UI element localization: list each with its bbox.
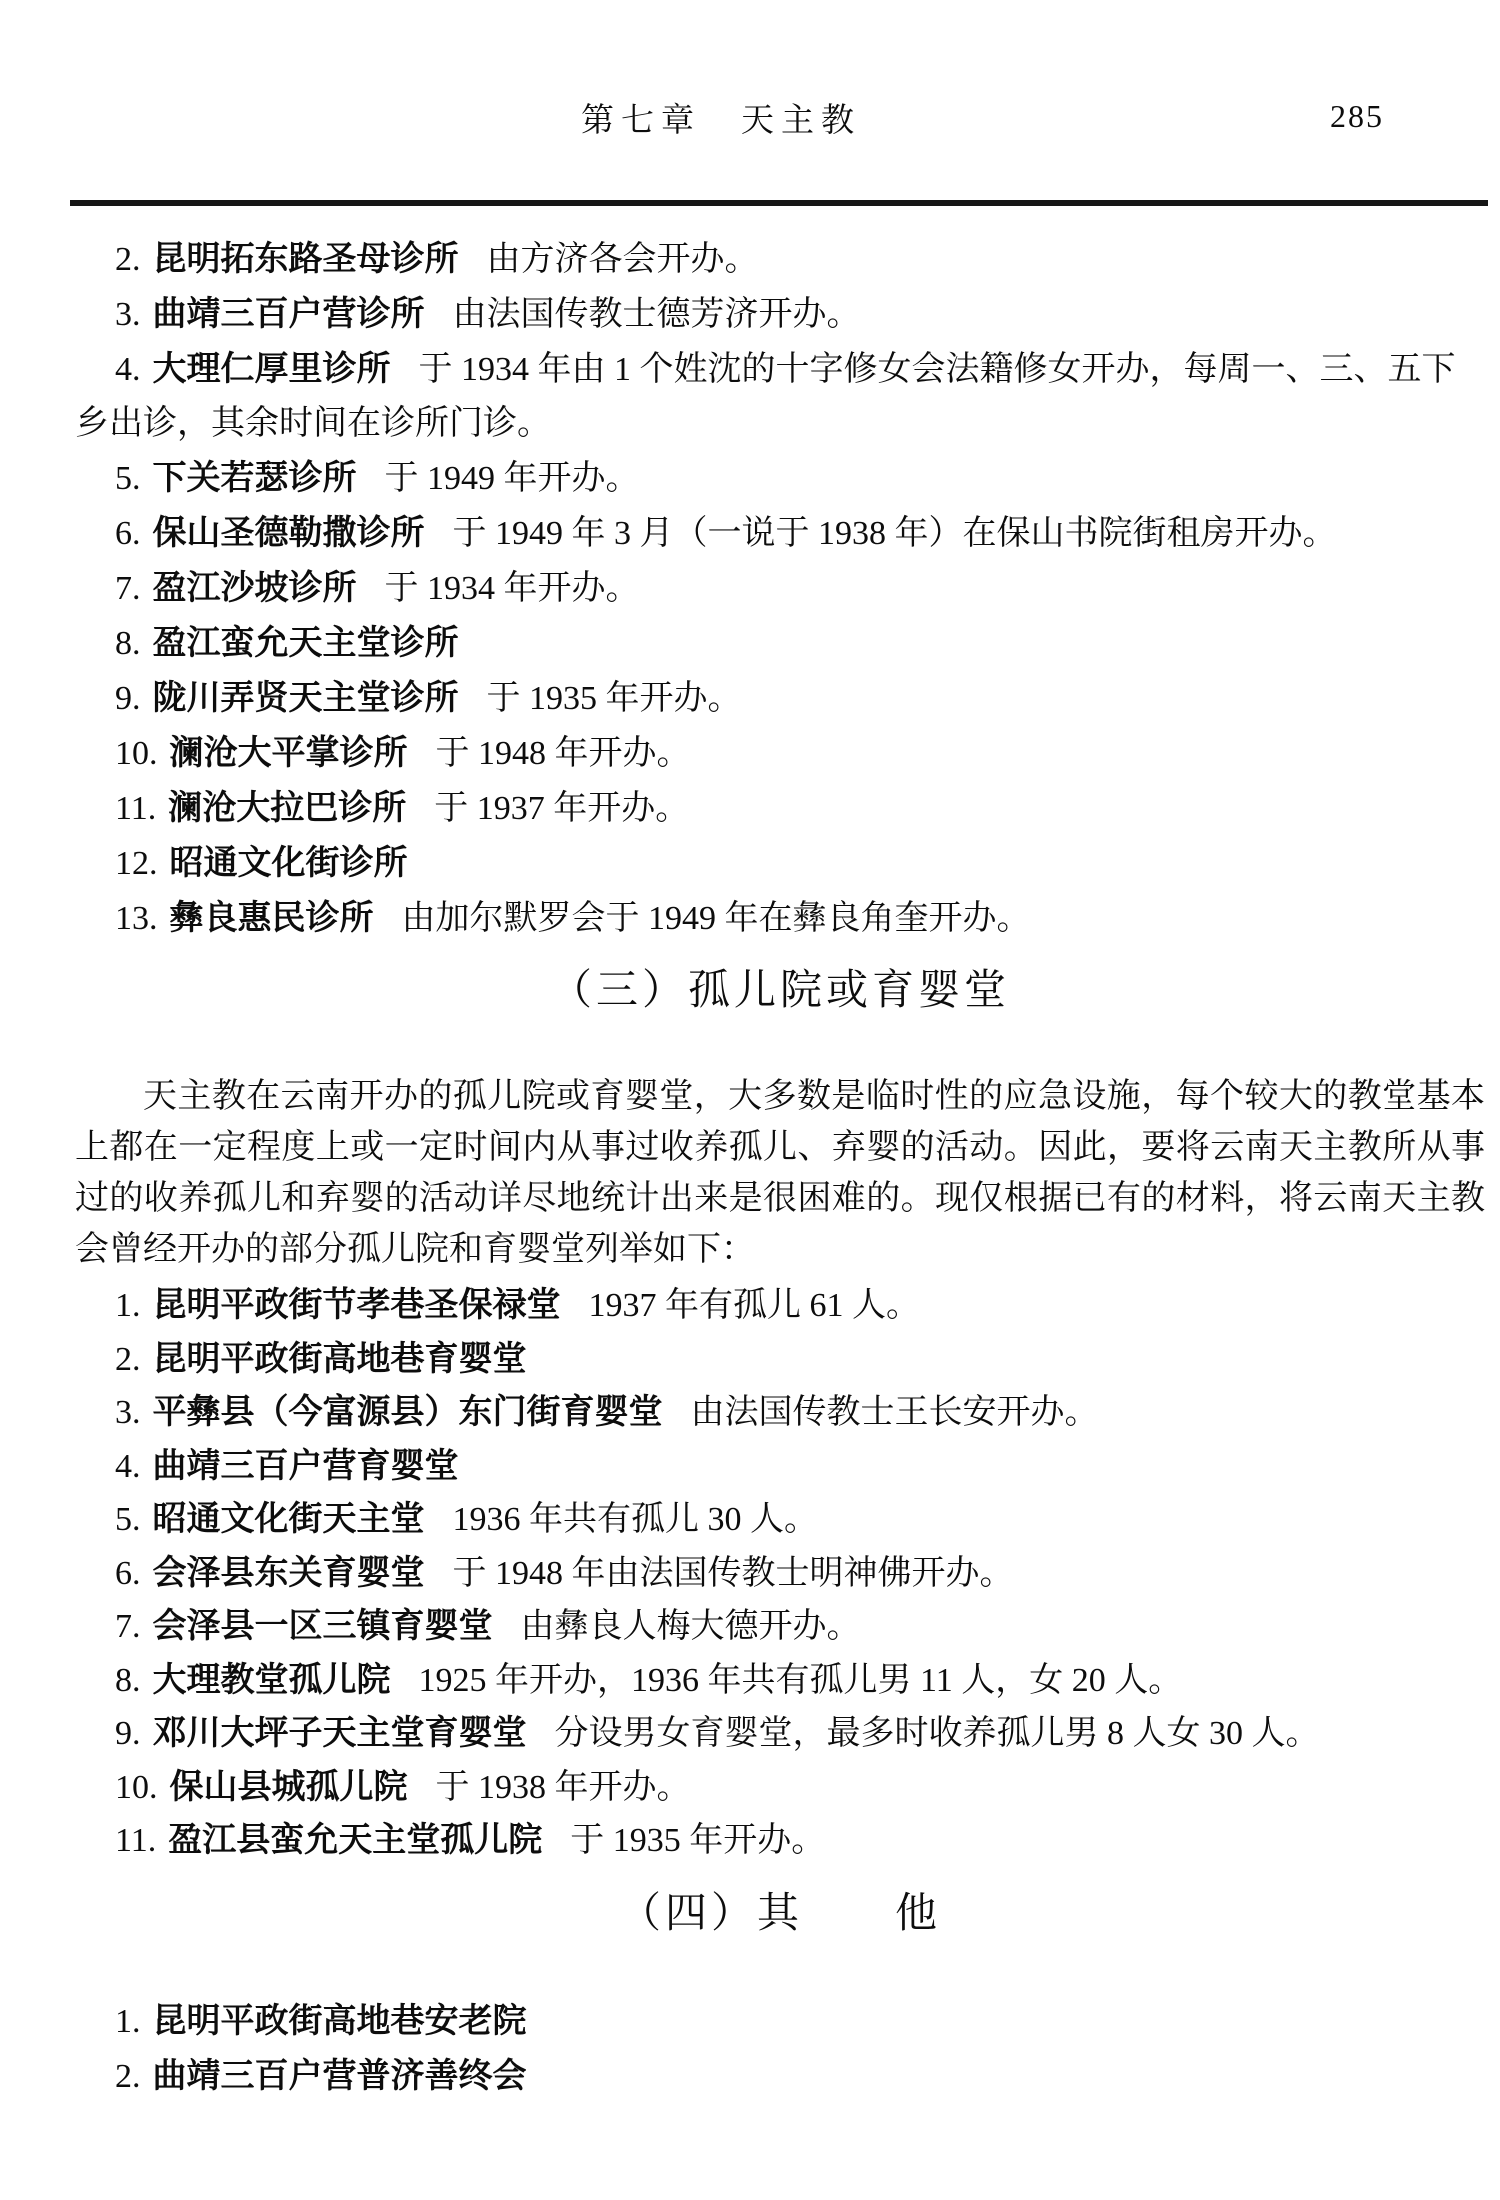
clinic-list: 2.昆明拓东路圣母诊所由方济各会开办。 3.曲靖三百户营诊所由法国传教士德芳济开…	[75, 232, 1485, 946]
item-name: 曲靖三百户营诊所	[153, 294, 425, 334]
orphanage-item: 5.昭通文化街天主堂1936 年共有孤儿 30 人。	[75, 1493, 1485, 1547]
item-number: 10.	[115, 1769, 158, 1806]
others-list: 1.昆明平政街高地巷安老院 2.曲靖三百户营普济善终会	[75, 1994, 1485, 2104]
item-name: 保山县城孤儿院	[170, 1767, 408, 1807]
item-name: 大理教堂孤儿院	[153, 1660, 391, 1700]
item-desc: 于 1934 年开办。	[385, 570, 640, 607]
item-name: 澜沧大拉巴诊所	[168, 788, 406, 828]
item-name: 昆明拓东路圣母诊所	[153, 239, 459, 279]
item-desc: 分设男女育婴堂，最多时收养孤儿男 8 人女 30 人。	[555, 1715, 1320, 1752]
book-page: 第七章 天主教 285 2.昆明拓东路圣母诊所由方济各会开办。 3.曲靖三百户营…	[0, 0, 1500, 2200]
orphanage-item: 3.平彝县（今富源县）东门街育婴堂由法国传教士王长安开办。	[75, 1386, 1485, 1440]
item-number: 11.	[115, 790, 156, 827]
item-desc: 于 1937 年开办。	[434, 790, 689, 827]
item-name: 曲靖三百户营普济善终会	[153, 2056, 527, 2096]
clinic-item: 3.曲靖三百户营诊所由法国传教士德芳济开办。	[75, 287, 1485, 342]
item-number: 8.	[115, 1662, 141, 1699]
item-name: 昆明平政街节孝巷圣保禄堂	[153, 1285, 561, 1325]
item-number: 6.	[115, 515, 141, 552]
item-name: 盈江蛮允天主堂诊所	[153, 623, 459, 663]
item-desc: 1937 年有孤儿 61 人。	[589, 1287, 921, 1324]
item-number: 3.	[115, 296, 141, 333]
clinic-item: 9.陇川弄贤天主堂诊所于 1935 年开办。	[75, 671, 1485, 726]
item-number: 8.	[115, 625, 141, 662]
item-number: 4.	[115, 351, 141, 388]
item-number: 2.	[115, 2058, 141, 2095]
clinic-item: 6.保山圣德勒撒诊所于 1949 年 3 月（一说于 1938 年）在保山书院街…	[75, 506, 1485, 561]
orphanage-item: 9.邓川大坪子天主堂育婴堂分设男女育婴堂，最多时收养孤儿男 8 人女 30 人。	[75, 1707, 1485, 1761]
item-name: 曲靖三百户营育婴堂	[153, 1446, 459, 1486]
section-heading-4: （四）其 他	[75, 1886, 1485, 1942]
chapter-title: 第七章 天主教	[12, 100, 1430, 142]
item-number: 4.	[115, 1448, 141, 1485]
item-number: 11.	[115, 1822, 156, 1859]
item-name: 盈江县蛮允天主堂孤儿院	[168, 1820, 542, 1860]
orphanage-item: 6.会泽县东关育婴堂于 1948 年由法国传教士明神佛开办。	[75, 1547, 1485, 1601]
item-number: 9.	[115, 1715, 141, 1752]
clinic-item: 12.昭通文化街诊所	[75, 836, 1485, 891]
orphanage-list: 1.昆明平政街节孝巷圣保禄堂1937 年有孤儿 61 人。 2.昆明平政街高地巷…	[75, 1279, 1485, 1868]
item-number: 2.	[115, 241, 141, 278]
item-desc: 于 1948 年开办。	[436, 735, 691, 772]
item-number: 10.	[115, 735, 158, 772]
other-item: 2.曲靖三百户营普济善终会	[75, 2049, 1485, 2104]
item-name: 澜沧大平掌诊所	[170, 733, 408, 773]
item-desc: 于 1949 年开办。	[385, 460, 640, 497]
item-desc: 由彝良人梅大德开办。	[521, 1608, 861, 1645]
item-desc: 由加尔默罗会于 1949 年在彝良角奎开办。	[402, 900, 1031, 937]
item-name: 会泽县一区三镇育婴堂	[153, 1606, 493, 1646]
item-desc: 于 1935 年开办。	[570, 1822, 825, 1859]
orphanage-item: 7.会泽县一区三镇育婴堂由彝良人梅大德开办。	[75, 1600, 1485, 1654]
item-desc: 1925 年开办，1936 年共有孤儿男 11 人，女 20 人。	[419, 1662, 1183, 1699]
item-desc: 于 1938 年开办。	[436, 1769, 691, 1806]
item-number: 7.	[115, 570, 141, 607]
clinic-item: 7.盈江沙坡诊所于 1934 年开办。	[75, 561, 1485, 616]
clinic-item: 2.昆明拓东路圣母诊所由方济各会开办。	[75, 232, 1485, 287]
item-number: 9.	[115, 680, 141, 717]
item-name: 昭通文化街天主堂	[153, 1499, 425, 1539]
clinic-item: 13.彝良惠民诊所由加尔默罗会于 1949 年在彝良角奎开办。	[75, 891, 1485, 946]
clinic-item: 11.澜沧大拉巴诊所于 1937 年开办。	[75, 781, 1485, 836]
clinic-item: 8.盈江蛮允天主堂诊所	[75, 616, 1485, 671]
item-name: 昭通文化街诊所	[170, 843, 408, 883]
item-number: 7.	[115, 1608, 141, 1645]
orphanage-item: 8.大理教堂孤儿院1925 年开办，1936 年共有孤儿男 11 人，女 20 …	[75, 1654, 1485, 1708]
item-name: 邓川大坪子天主堂育婴堂	[153, 1713, 527, 1753]
section-3-paragraph: 天主教在云南开办的孤儿院或育婴堂，大多数是临时性的应急设施，每个较大的教堂基本上…	[75, 1071, 1485, 1275]
clinic-item: 4.大理仁厚里诊所于 1934 年由 1 个姓沈的十字修女会法籍修女开办，每周一…	[75, 342, 1485, 451]
item-desc: 由法国传教士德芳济开办。	[453, 296, 861, 333]
item-desc: 于 1949 年 3 月（一说于 1938 年）在保山书院街租房开办。	[453, 515, 1337, 552]
item-name: 陇川弄贤天主堂诊所	[153, 678, 459, 718]
clinic-item: 10.澜沧大平掌诊所于 1948 年开办。	[75, 726, 1485, 781]
item-name: 保山圣德勒撒诊所	[153, 513, 425, 553]
item-desc: 由法国传教士王长安开办。	[691, 1394, 1099, 1431]
item-desc: 由方济各会开办。	[487, 241, 759, 278]
item-number: 2.	[115, 1341, 141, 1378]
other-item: 1.昆明平政街高地巷安老院	[75, 1994, 1485, 2049]
item-name: 下关若瑟诊所	[153, 458, 357, 498]
item-name: 彝良惠民诊所	[170, 898, 374, 938]
orphanage-item: 2.昆明平政街高地巷育婴堂	[75, 1333, 1485, 1387]
item-number: 13.	[115, 900, 158, 937]
item-number: 5.	[115, 460, 141, 497]
clinic-item: 5.下关若瑟诊所于 1949 年开办。	[75, 451, 1485, 506]
orphanage-item: 10.保山县城孤儿院于 1938 年开办。	[75, 1761, 1485, 1815]
item-number: 1.	[115, 2003, 141, 2040]
orphanage-item: 11.盈江县蛮允天主堂孤儿院于 1935 年开办。	[75, 1814, 1485, 1868]
item-name: 大理仁厚里诊所	[153, 349, 391, 389]
item-number: 3.	[115, 1394, 141, 1431]
item-name: 昆明平政街高地巷安老院	[153, 2001, 527, 2041]
item-number: 5.	[115, 1501, 141, 1538]
item-name: 盈江沙坡诊所	[153, 568, 357, 608]
page-content: 2.昆明拓东路圣母诊所由方济各会开办。 3.曲靖三百户营诊所由法国传教士德芳济开…	[75, 232, 1485, 2104]
item-desc: 于 1935 年开办。	[487, 680, 742, 717]
page-number: 285	[1330, 98, 1384, 135]
item-number: 1.	[115, 1287, 141, 1324]
item-number: 12.	[115, 845, 158, 882]
item-number: 6.	[115, 1555, 141, 1592]
orphanage-item: 1.昆明平政街节孝巷圣保禄堂1937 年有孤儿 61 人。	[75, 1279, 1485, 1333]
item-name: 会泽县东关育婴堂	[153, 1553, 425, 1593]
section-heading-3: （三）孤儿院或育婴堂	[75, 963, 1485, 1019]
item-desc: 1936 年共有孤儿 30 人。	[453, 1501, 819, 1538]
orphanage-item: 4.曲靖三百户营育婴堂	[75, 1440, 1485, 1494]
item-name: 平彝县（今富源县）东门街育婴堂	[153, 1392, 663, 1432]
running-head: 第七章 天主教 285	[70, 0, 1488, 206]
item-name: 昆明平政街高地巷育婴堂	[153, 1339, 527, 1379]
item-desc: 于 1948 年由法国传教士明神佛开办。	[453, 1555, 1014, 1592]
